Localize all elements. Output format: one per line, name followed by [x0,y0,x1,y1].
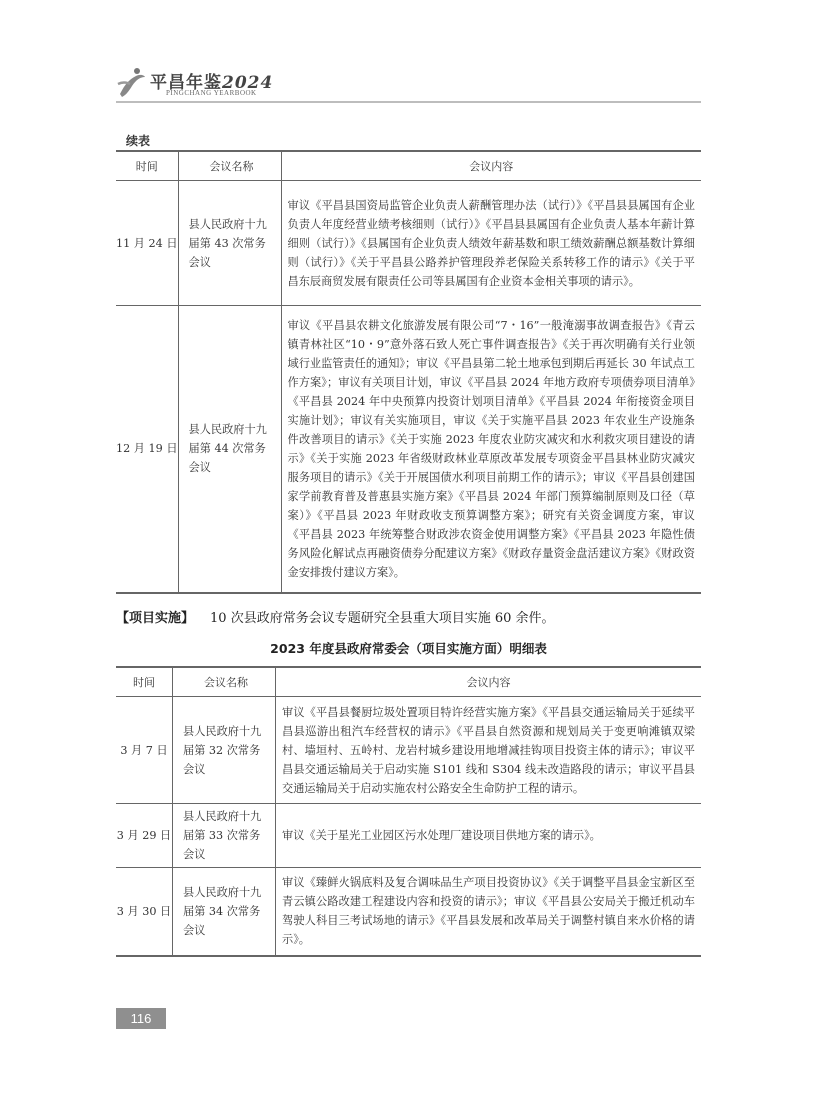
cell-time: 12 月 19 日 [116,306,178,593]
column-header-meeting-content: 会议内容 [281,151,701,181]
table-row: 3 月 29 日 县人民政府十九届第 33 次常务会议 审议《关于星光工业园区污… [116,804,701,868]
cell-time: 11 月 24 日 [116,181,178,306]
cell-meeting-name: 县人民政府十九届第 33 次常务会议 [173,804,276,868]
cell-meeting-name: 县人民政府十九届第 44 次常务会议 [178,306,281,593]
column-header-time: 时间 [116,151,178,181]
cell-meeting-name: 县人民政府十九届第 43 次常务会议 [178,181,281,306]
cell-meeting-content: 审议《关于星光工业园区污水处理厂建设项目供地方案的请示》。 [276,804,702,868]
cell-meeting-content: 审议《平昌县国资局监管企业负责人薪酬管理办法（试行）》《平昌县县属国有企业负责人… [281,181,701,306]
column-header-meeting-name: 会议名称 [178,151,281,181]
cell-time: 3 月 7 日 [116,697,173,804]
header-divider [116,101,701,103]
cell-meeting-content: 审议《平昌县农耕文化旅游发展有限公司“7・16”一般淹溺事故调查报告》《青云镇青… [281,306,701,593]
section-tag: 【项目实施】 [116,611,194,626]
table-row: 11 月 24 日 县人民政府十九届第 43 次常务会议 审议《平昌县国资局监管… [116,181,701,306]
page-header: 平昌年鉴2024 PINGCHANG YEARBOOK [116,66,701,102]
table-row: 3 月 7 日 县人民政府十九届第 32 次常务会议 审议《平昌县餐厨垃圾处置项… [116,697,701,804]
column-header-meeting-content: 会议内容 [276,667,702,697]
table-title: 2023 年度县政府常委会（项目实施方面）明细表 [116,639,701,657]
cell-time: 3 月 30 日 [116,868,173,956]
cell-meeting-content: 审议《臻鲜火锅底料及复合调味品生产项目投资协议》《关于调整平昌县金宝新区至青云镇… [276,868,702,956]
section-project-implementation: 【项目实施】10 次县政府常务会议专题研究全县重大项目实施 60 余件。 [116,607,555,626]
continued-label: 续表 [126,132,150,149]
table-row: 12 月 19 日 县人民政府十九届第 44 次常务会议 审议《平昌县农耕文化旅… [116,306,701,593]
yearbook-logo-icon [116,66,146,98]
yearbook-title-en: PINGCHANG YEARBOOK [166,89,257,97]
column-header-time: 时间 [116,667,173,697]
section-text: 10 次县政府常务会议专题研究全县重大项目实施 60 余件。 [210,611,554,626]
project-meetings-table: 时间 会议名称 会议内容 3 月 7 日 县人民政府十九届第 32 次常务会议 … [116,666,701,957]
table-header-row: 时间 会议名称 会议内容 [116,667,701,697]
meetings-table-continued: 时间 会议名称 会议内容 11 月 24 日 县人民政府十九届第 43 次常务会… [116,150,701,594]
table-header-row: 时间 会议名称 会议内容 [116,151,701,181]
cell-time: 3 月 29 日 [116,804,173,868]
cell-meeting-name: 县人民政府十九届第 34 次常务会议 [173,868,276,956]
page-number: 116 [116,1008,166,1029]
cell-meeting-content: 审议《平昌县餐厨垃圾处置项目特许经营实施方案》《平昌县交通运输局关于延续平昌县巡… [276,697,702,804]
cell-meeting-name: 县人民政府十九届第 32 次常务会议 [173,697,276,804]
column-header-meeting-name: 会议名称 [173,667,276,697]
table-row: 3 月 30 日 县人民政府十九届第 34 次常务会议 审议《臻鲜火锅底料及复合… [116,868,701,956]
